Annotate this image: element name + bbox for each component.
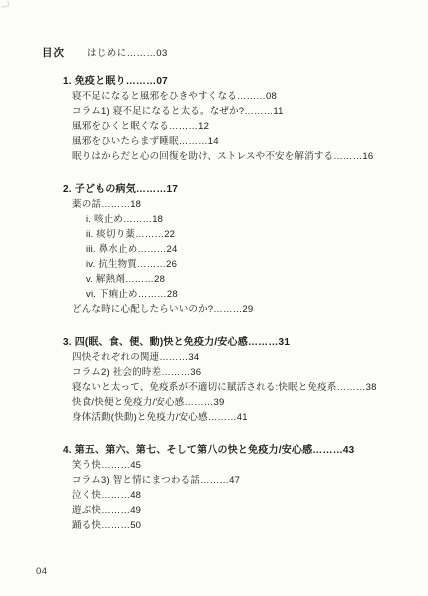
toc-entry: 眠りはからだと心の回復を助け、ストレスや不安を解消する………16 — [63, 149, 420, 164]
section-heading: 1. 免疫と眠り………07 — [63, 74, 420, 89]
toc-entry: 身体活動(快動)と免疫力/安心感………41 — [63, 410, 420, 425]
toc-entry: コラム3) 智と情にまつわる話………47 — [63, 473, 420, 488]
section-heading: 2. 子どもの病気………17 — [63, 182, 420, 197]
toc-entry: 泣く快………48 — [63, 488, 420, 503]
toc-entry: 笑う快………45 — [63, 458, 420, 473]
toc-page: 目次 はじめに………03 1. 免疫と眠り………07 寝不足になると風邪をひきや… — [0, 0, 428, 596]
toc-entry: 寝ないと太って、免疫系が不適切に賦活される:快眠と免疫系………38 — [63, 380, 420, 395]
toc-entry: 四快それぞれの関連………34 — [63, 350, 420, 365]
toc-title: 目次 — [42, 45, 65, 60]
toc-entry: コラム2) 社会的時差………36 — [63, 365, 420, 380]
toc-entry: i. 咳止め………18 — [63, 212, 420, 227]
toc-body: 1. 免疫と眠り………07 寝不足になると風邪をひきやすくなる………08 コラム… — [63, 74, 420, 533]
toc-entry: iii. 鼻水止め………24 — [63, 242, 420, 257]
toc-entry: vi. 下痢止め………28 — [63, 287, 420, 302]
toc-entry: どんな時に心配したらいいのか?………29 — [63, 302, 420, 317]
toc-header: 目次 はじめに………03 — [42, 45, 168, 60]
scan-artifact — [0, 0, 9, 8]
toc-entry: ii. 痰切り薬………22 — [63, 227, 420, 242]
toc-section-2: 2. 子どもの病気………17 薬の話………18 i. 咳止め………18 ii. … — [63, 182, 420, 317]
toc-entry: 踊る快………50 — [63, 518, 420, 533]
toc-entry: 風邪をひいたらまず睡眠………14 — [63, 134, 420, 149]
toc-entry: 薬の話………18 — [63, 197, 420, 212]
toc-entry: 遊ぶ快………49 — [63, 503, 420, 518]
toc-entry-intro: はじめに………03 — [87, 45, 168, 59]
toc-section-1: 1. 免疫と眠り………07 寝不足になると風邪をひきやすくなる………08 コラム… — [63, 74, 420, 164]
toc-section-3: 3. 四(眠、食、便、動)快と免疫力/安心感………31 四快それぞれの関連………… — [63, 335, 420, 425]
toc-entry: 快食/快便と免疫力/安心感………39 — [63, 395, 420, 410]
toc-entry: 風邪をひくと眠くなる………12 — [63, 119, 420, 134]
page-number: 04 — [36, 566, 48, 577]
section-heading: 4. 第五、第六、第七、そして第八の快と免疫力/安心感………43 — [63, 443, 420, 458]
toc-entry: v. 解熱剤………28 — [63, 272, 420, 287]
toc-entry: コラム1) 寝不足になると太る。なぜか?………11 — [63, 104, 420, 119]
toc-section-4: 4. 第五、第六、第七、そして第八の快と免疫力/安心感………43 笑う快………4… — [63, 443, 420, 533]
section-heading: 3. 四(眠、食、便、動)快と免疫力/安心感………31 — [63, 335, 420, 350]
toc-entry: iv. 抗生物質………26 — [63, 257, 420, 272]
toc-entry: 寝不足になると風邪をひきやすくなる………08 — [63, 89, 420, 104]
